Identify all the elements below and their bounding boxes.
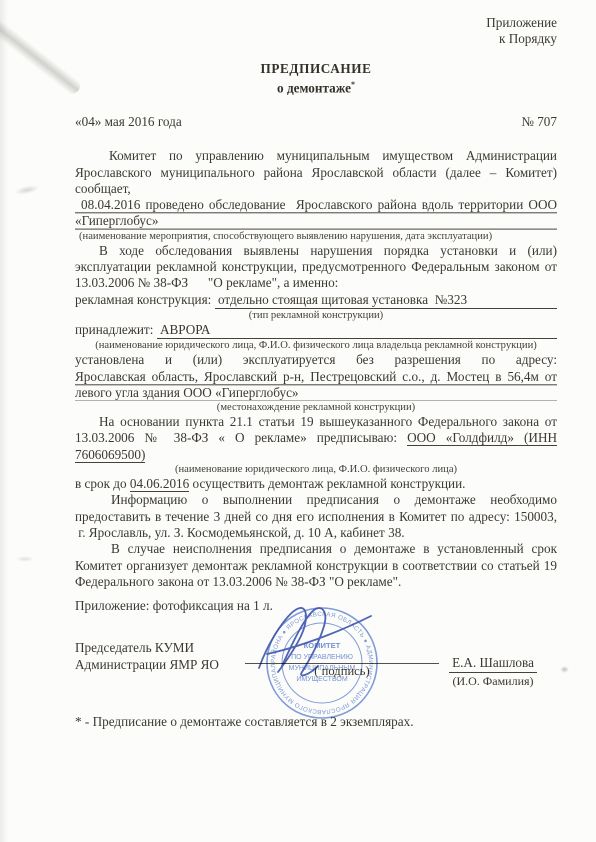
signer-position-line: Администрации ЯМР ЯО <box>75 657 219 674</box>
deadline-prefix: в срок до <box>75 476 130 491</box>
scan-artifact-speck <box>560 666 569 673</box>
construction-value: отдельно стоящая щитовая установка №323 <box>215 292 467 309</box>
deadline-suffix: осуществить демонтаж рекламной конструкц… <box>189 476 465 491</box>
field-rule <box>467 292 557 309</box>
paragraph-deadline: в срок до 04.06.2016 осуществить демонта… <box>75 476 557 492</box>
construction-field-line: рекламная конструкция: отдельно стоящая … <box>75 292 557 309</box>
document-date: «04» мая 2016 года <box>75 114 182 130</box>
scan-artifact-corner-streak <box>0 0 83 97</box>
subtitle-text: о демонтаже <box>277 81 351 96</box>
document-content: Приложение к Порядку ПРЕДПИСАНИЕ о демон… <box>75 0 557 731</box>
signature-rule <box>245 640 439 664</box>
title-block: ПРЕДПИСАНИЕ о демонтаже* <box>75 61 557 97</box>
field-rule <box>210 322 557 339</box>
owner-field-line: принадлежит: АВРОРА <box>75 322 557 339</box>
deadline-date: 04.06.2016 <box>130 476 189 492</box>
document-number: № 707 <box>521 114 557 130</box>
paragraph-info: Информацию о выполнении предписания о де… <box>75 492 557 541</box>
paragraph-failure: В случае неисполнения предписания о демо… <box>75 541 557 590</box>
signature-caption: ( подпись) <box>245 664 439 679</box>
scan-artifact-smudge <box>16 556 34 562</box>
corner-note-line: к Порядку <box>75 31 557 47</box>
signer-name: Е.А. Шашлова <box>449 655 537 672</box>
document-title: ПРЕДПИСАНИЕ <box>75 61 557 77</box>
owner-value: АВРОРА <box>157 322 211 339</box>
corner-note: Приложение к Порядку <box>75 0 557 46</box>
date-number-row: «04» мая 2016 года № 707 <box>75 114 557 130</box>
paragraph-basis: На основании пункта 21.1 статьи 19 вышеу… <box>75 414 557 463</box>
paragraph-intro: Комитет по управлению муниципальным имущ… <box>75 148 557 197</box>
address-filled-field: Ярославская область, Ярославский р-н, Пе… <box>75 369 557 402</box>
caption-owner: (наименование юридического лица, Ф.И.О. … <box>75 339 557 352</box>
footnote-mark: * <box>351 80 355 89</box>
signer-position: Председатель КУМИ Администрации ЯМР ЯО <box>75 640 219 673</box>
paragraph-installed: установлена и (или) эксплуатируется без … <box>75 352 557 368</box>
scanned-document-page: Приложение к Порядку ПРЕДПИСАНИЕ о демон… <box>0 0 596 842</box>
owner-label: принадлежит: <box>75 322 157 339</box>
document-subtitle: о демонтаже* <box>75 77 557 97</box>
scan-artifact-smudge <box>13 183 40 196</box>
caption-event: (наименование мероприятия, способствующе… <box>75 230 557 243</box>
caption-type: (тип рекламной конструкции) <box>75 309 557 322</box>
signer-position-line: Председатель КУМИ <box>75 640 219 657</box>
corner-note-line: Приложение <box>75 15 557 31</box>
signer-name-caption: (И.О. Фамилия) <box>429 674 557 689</box>
caption-location: (местонахождение рекламной конструкции) <box>75 401 557 414</box>
signature-field: ( подпись) <box>245 640 439 679</box>
signer-name-block: Е.А. Шашлова (И.О. Фамилия) <box>429 655 557 688</box>
construction-label: рекламная конструкция: <box>75 292 215 309</box>
footnote: * - Предписание о демонтаже составляется… <box>75 714 557 730</box>
attachment-line: Приложение: фотофиксация на 1 л. <box>75 598 557 614</box>
paragraph-violation: В ходе обследования выявлены нарушения п… <box>75 243 557 292</box>
signature-block: Председатель КУМИ Администрации ЯМР ЯО (… <box>75 640 557 702</box>
survey-filled-field: 08.04.2016 проведено обследование Яросла… <box>75 197 557 230</box>
caption-entity: (наименование юридического лица, Ф.И.О. … <box>75 463 557 476</box>
scan-artifact-left-edge <box>0 0 8 842</box>
